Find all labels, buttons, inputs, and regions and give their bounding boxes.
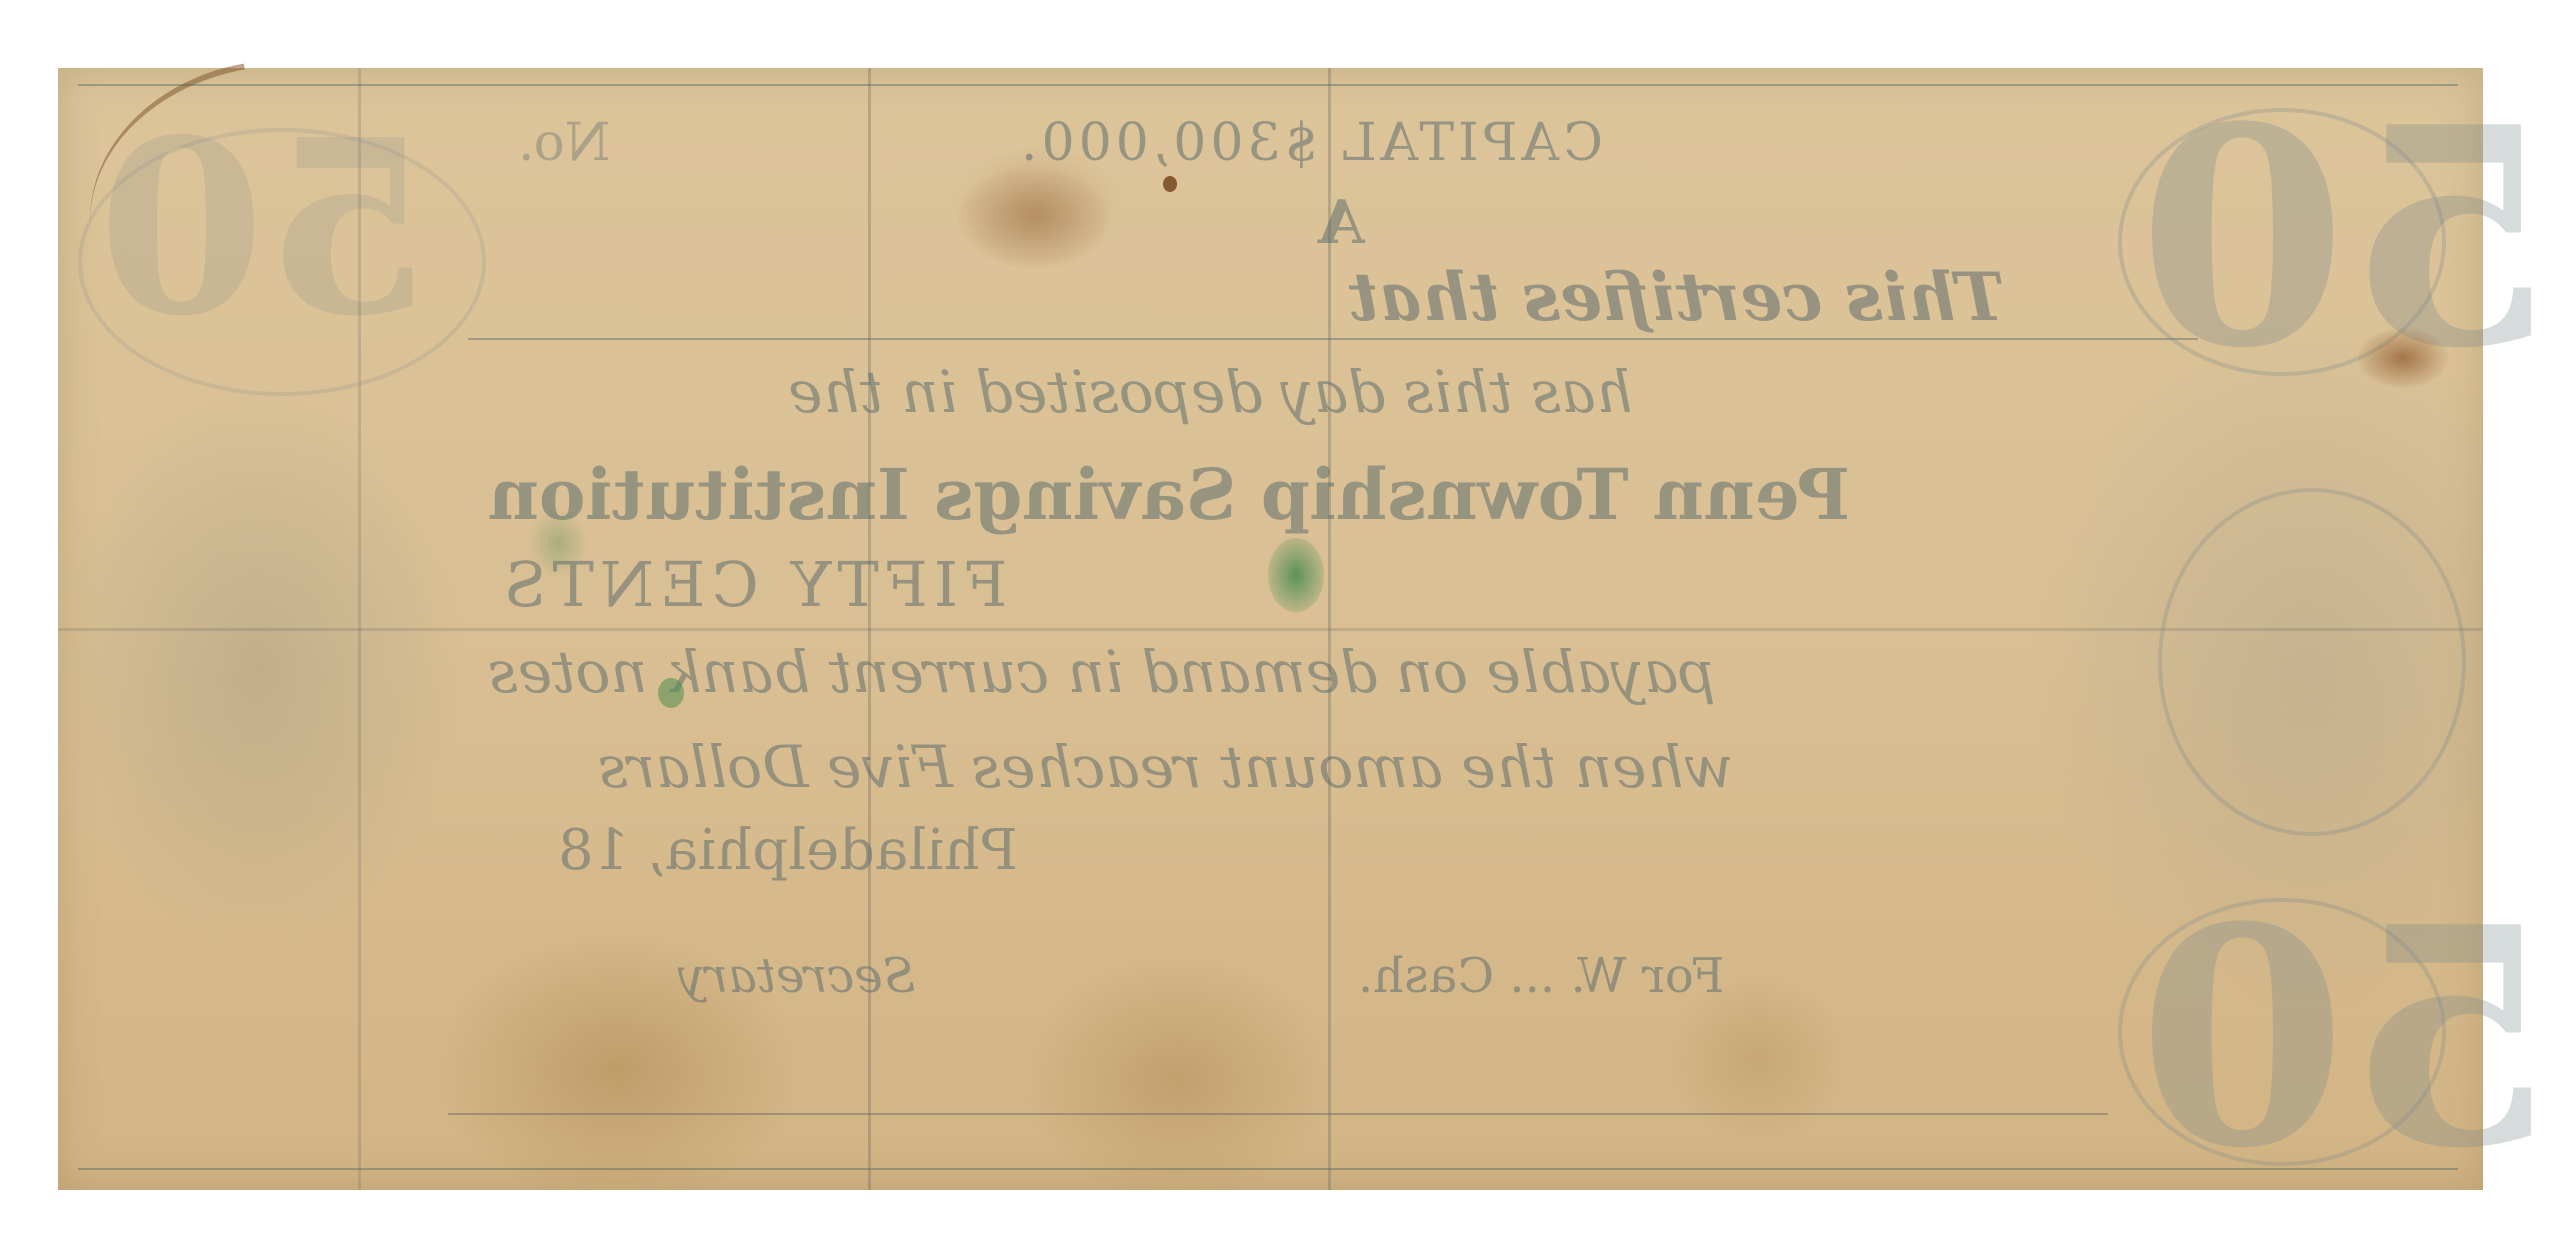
inner-rule [468, 338, 2198, 340]
inner-rule [448, 1113, 2108, 1115]
fold-line-horizontal [58, 628, 2483, 631]
place-text: Philadelphia, 18 [558, 818, 1018, 883]
institution-text: Penn Township Savings Institution [488, 453, 1850, 536]
brown-stain [2358, 328, 2448, 388]
signature-left: For W. ... Cash. [1358, 948, 1724, 1004]
when-text: when the amount reaches Five Dollars [598, 733, 1733, 801]
green-ink-spot [1268, 538, 1324, 612]
brown-stain [958, 168, 1108, 268]
capital-text: CAPITAL $300,000. [1017, 113, 1603, 173]
border-rule-top [78, 84, 2458, 86]
green-ink-spot [528, 508, 588, 578]
numeral-bottom-right: 50 [2138, 888, 2555, 1188]
border-rule-bottom [78, 1168, 2458, 1170]
banknote-paper: 50 50 50 CAPITAL $300,000. No. A This ce… [58, 68, 2483, 1190]
letter-a: A [1318, 188, 1365, 258]
serial-fragment: No. [518, 113, 610, 173]
brown-spot [1163, 176, 1177, 192]
green-ink-spot [658, 678, 684, 708]
vignette-oval [2158, 488, 2466, 836]
deposited-text: has this day deposited in the [788, 358, 1633, 426]
numeral-top-right: 50 [2138, 88, 2555, 388]
certifies-text: This certifies that [1348, 258, 2005, 336]
signature-right: Secretary [678, 948, 916, 1004]
